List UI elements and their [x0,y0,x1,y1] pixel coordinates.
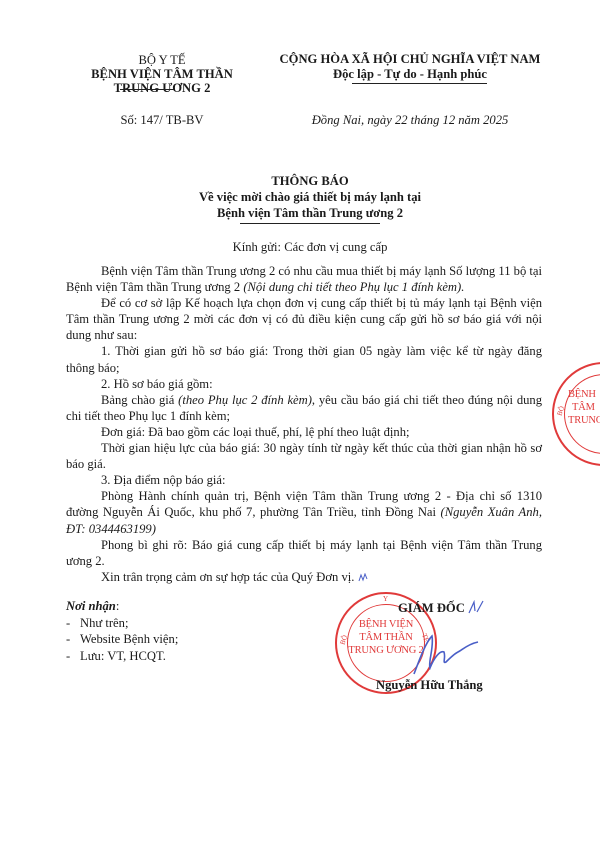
nation-name: CỘNG HÒA XÃ HỘI CHỦ NGHĨA VIỆT NAM [260,52,560,67]
margin-stamp: Y BỘ BỆNH TÂM TRUNG [552,362,600,466]
document-number: Số: 147/ TB-BV [62,113,262,128]
recipient-item: -Website Bệnh viện; [66,631,266,648]
motto-underline [352,83,487,84]
document-body: Bệnh viện Tâm thần Trung ương 2 có nhu c… [66,263,542,585]
item-address: Phòng Hành chính quản trị, Bệnh viện Tâm… [66,488,542,536]
item-envelope: Phong bì ghi rõ: Báo giá cung cấp thiết … [66,537,542,569]
recipient-item: -Lưu: VT, HCQT. [66,648,266,665]
item-quote-documents: 2. Hồ sơ báo giá gồm: [66,376,542,392]
hospital-name-line1: BỆNH VIỆN TÂM THẦN [62,67,262,81]
item-unit-price: Đơn giá: Đã bao gồm các loại thuế, phí, … [66,424,542,440]
hospital-name-line2: TRUNG ƯƠNG 2 [62,81,262,95]
national-header: CỘNG HÒA XÃ HỘI CHỦ NGHĨA VIỆT NAM Độc l… [260,52,560,82]
title-heading: THÔNG BÁO [60,173,560,189]
item-submission-location: 3. Địa điểm nộp báo giá: [66,472,542,488]
signer-title: GIÁM ĐỐC [398,600,486,616]
item-quote-table: Bảng chào giá (theo Phụ lục 2 đính kèm),… [66,392,542,424]
header-left-underline [120,89,174,90]
recipients-label: Nơi nhận [66,599,116,613]
recipient-item: -Như trên; [66,615,266,632]
handwritten-signature-icon [412,628,482,678]
title-underline [240,223,380,224]
national-motto: Độc lập - Tự do - Hạnh phúc [260,67,560,82]
document-title: THÔNG BÁO Về việc mời chào giá thiết bị … [60,173,560,221]
title-subject-line2: Bệnh viện Tâm thần Trung ương 2 [60,205,560,221]
paragraph-need: Bệnh viện Tâm thần Trung ương 2 có nhu c… [66,263,542,295]
signer-name: Nguyễn Hữu Thắng [376,678,483,693]
item-validity: Thời gian hiệu lực của báo giá: 30 ngày … [66,440,542,472]
title-subject-line1: Về việc mời chào giá thiết bị máy lạnh t… [60,189,560,205]
closing-thanks: Xin trân trọng cảm ơn sự hợp tác của Quý… [66,569,542,585]
paragraph-purpose: Để có cơ sở lập Kế hoạch lựa chọn đơn vị… [66,295,542,343]
place-and-date: Đồng Nai, ngày 22 tháng 12 năm 2025 [260,113,560,128]
recipients-block: Nơi nhận: -Như trên; -Website Bệnh viện;… [66,598,266,664]
margin-stamp-text: BỆNH TÂM TRUNG [568,388,600,427]
initials-mark-icon [358,573,368,582]
salutation: Kính gửi: Các đơn vị cung cấp [60,240,560,255]
initials-signature-icon [468,600,486,614]
item-submission-time: 1. Thời gian gửi hồ sơ báo giá: Trong th… [66,343,542,375]
ministry-name: BỘ Y TẾ [62,53,262,67]
